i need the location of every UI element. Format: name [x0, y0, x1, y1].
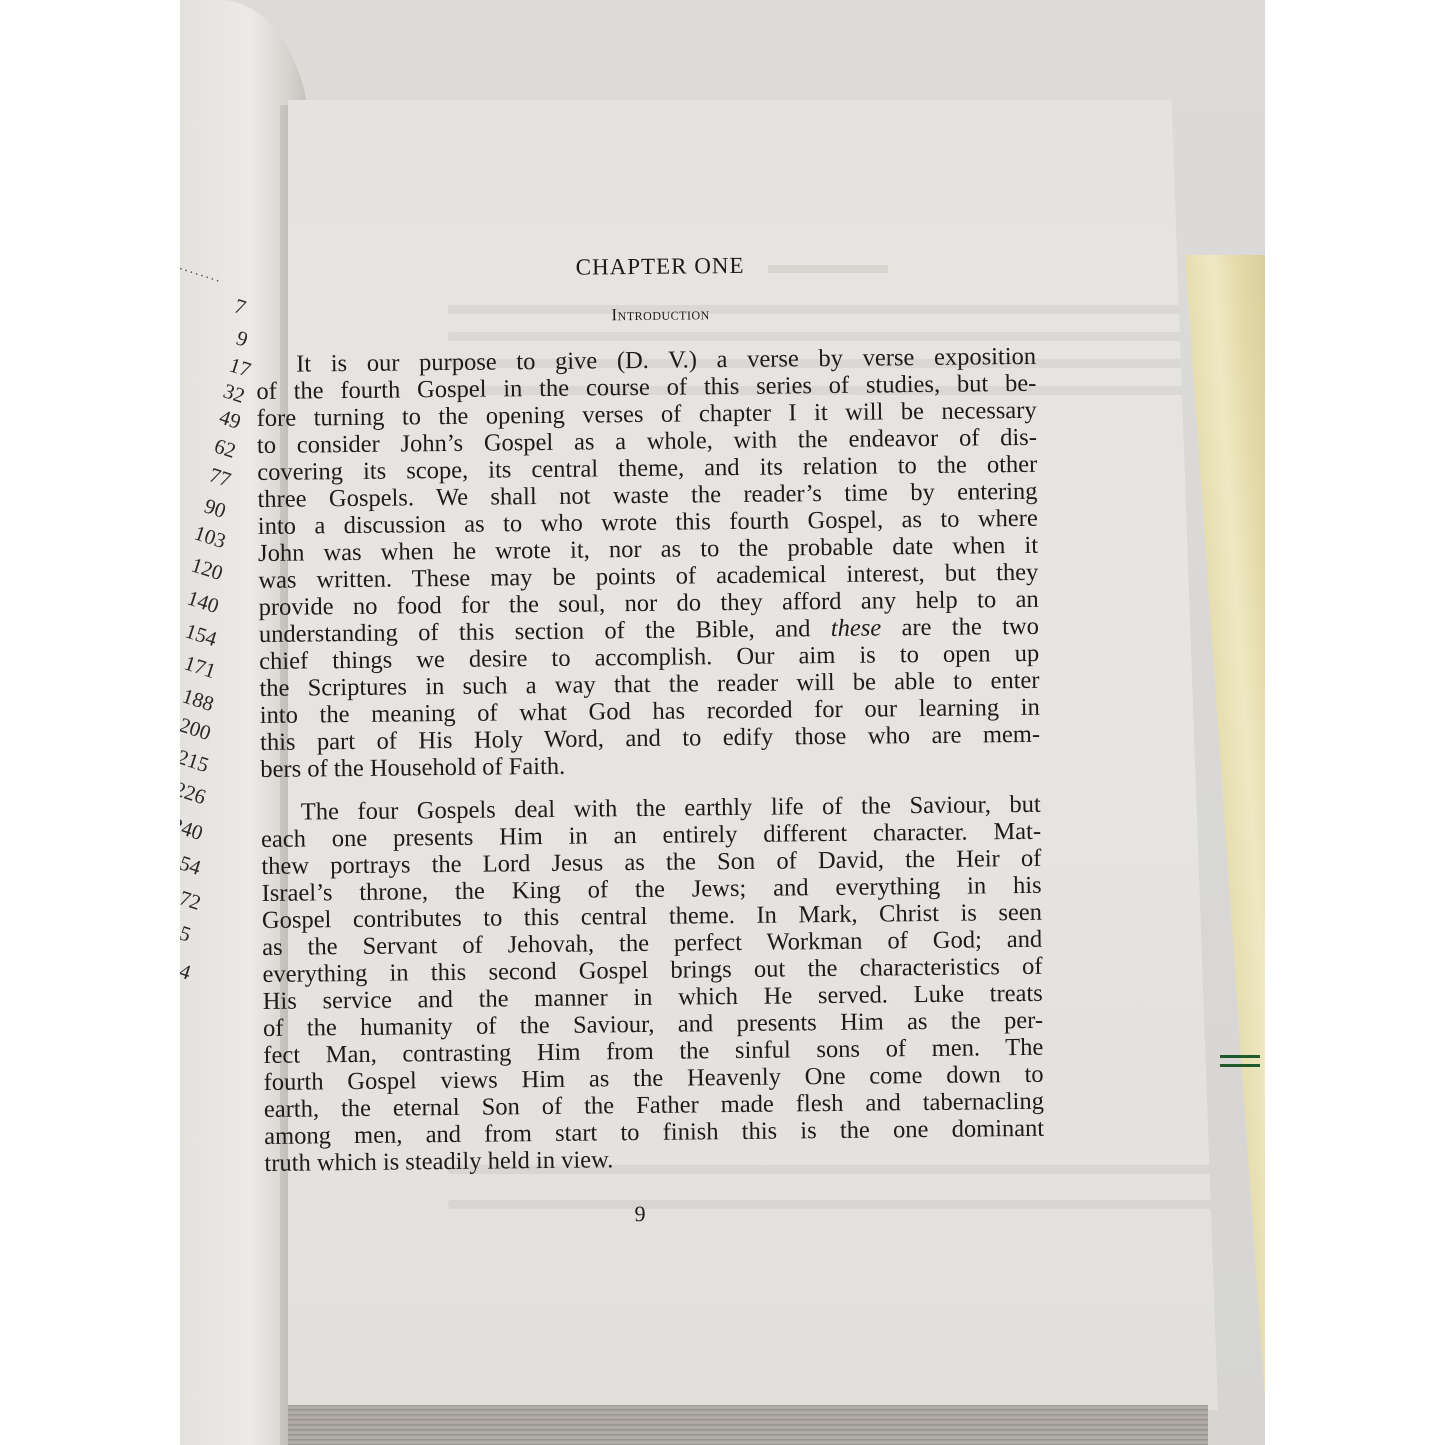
cover-stripe: [1220, 1064, 1260, 1067]
paragraph-1: It is our purpose to give (D. V.) a vers…: [256, 343, 1040, 783]
emphasis-word: these: [831, 614, 882, 642]
text-segment: are the two: [881, 613, 1039, 642]
paragraph-2: The four Gospels deal with the earthly l…: [261, 791, 1045, 1177]
section-title: Introduction: [256, 301, 1036, 329]
cover-stripe: [1220, 1055, 1260, 1058]
page-edges: [288, 1405, 1208, 1445]
chapter-text-block: CHAPTER ONE Introduction It is our purpo…: [255, 250, 1045, 1231]
